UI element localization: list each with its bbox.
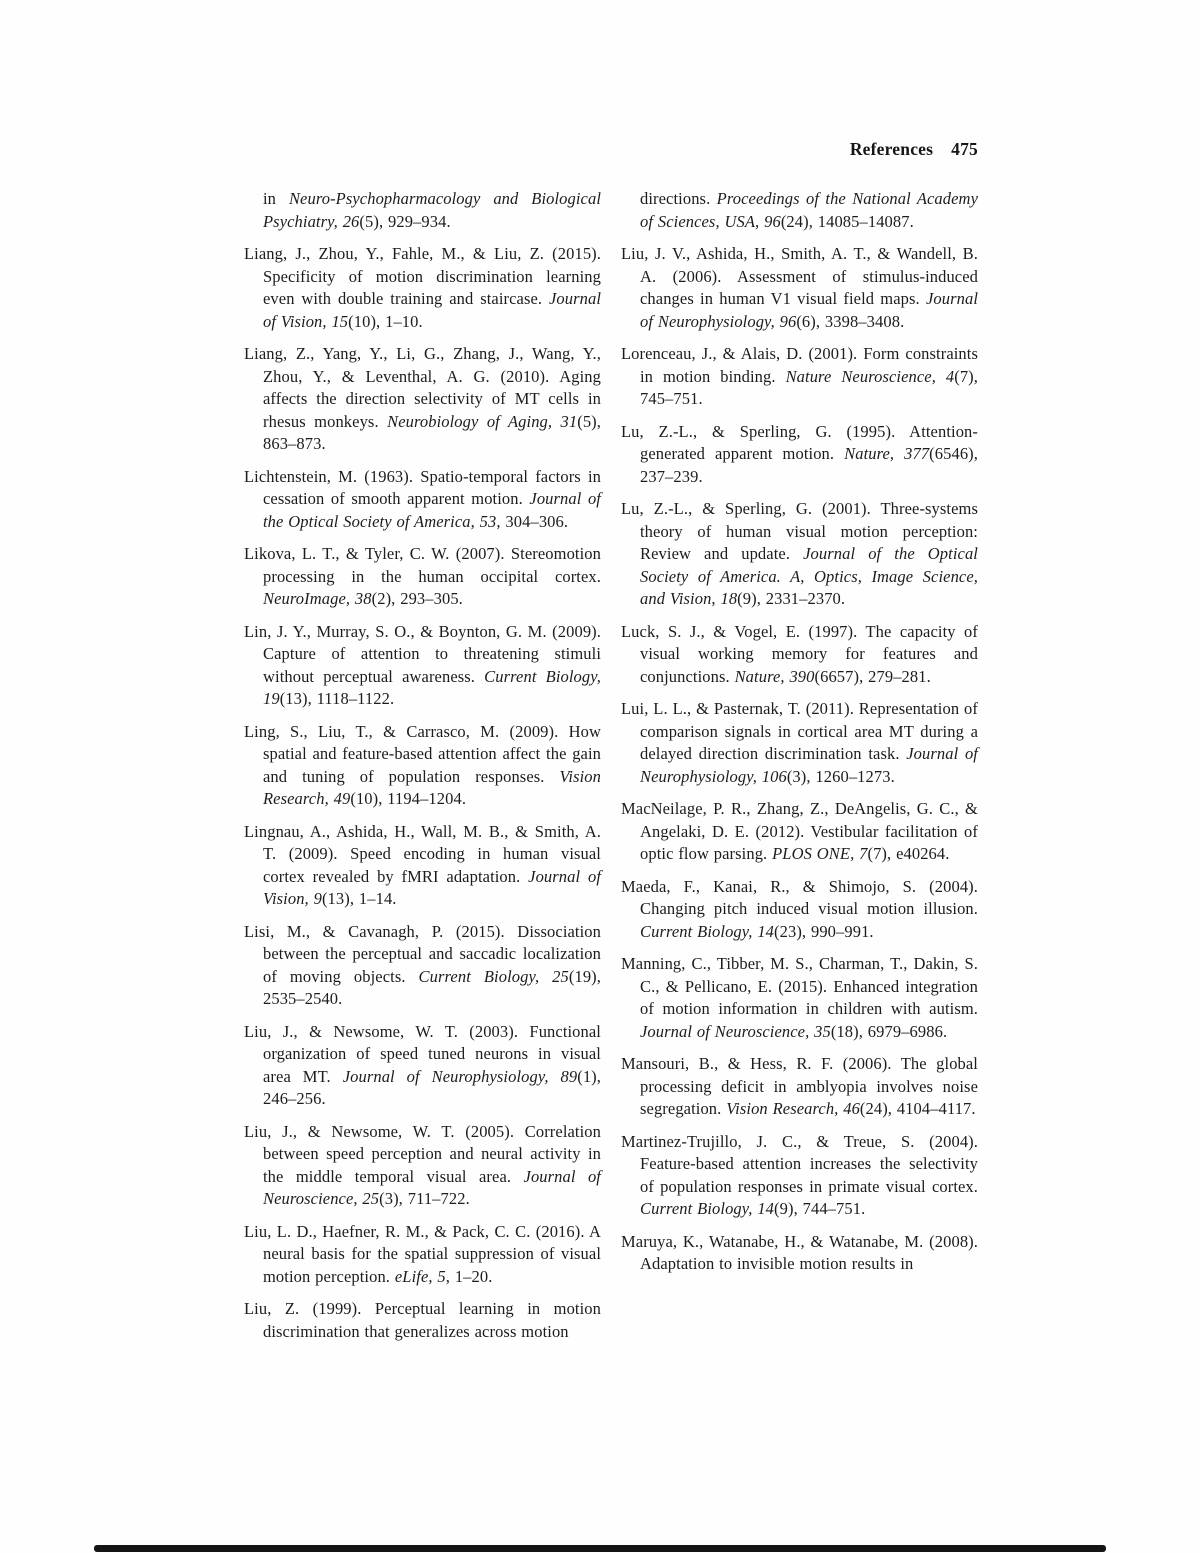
reference-text: , 304–306. bbox=[496, 512, 568, 531]
reference-entry: Lu, Z.-L., & Sperling, G. (1995). Attent… bbox=[621, 421, 978, 489]
reference-entry: Liu, J., & Newsome, W. T. (2005). Correl… bbox=[244, 1121, 601, 1211]
journal-title-italic: eLife, 5 bbox=[395, 1267, 446, 1286]
journal-title-italic: Nature Neuroscience, 4 bbox=[786, 367, 955, 386]
running-head: References 475 bbox=[244, 139, 978, 160]
reference-entry: Lu, Z.-L., & Sperling, G. (2001). Three-… bbox=[621, 498, 978, 611]
reference-text: , 1–20. bbox=[446, 1267, 493, 1286]
reference-entry: Liu, J., & Newsome, W. T. (2003). Functi… bbox=[244, 1021, 601, 1111]
column-left: in Neuro-Psychopharmacology and Biologic… bbox=[244, 188, 601, 1353]
reference-entry: Martinez-Trujillo, J. C., & Treue, S. (2… bbox=[621, 1131, 978, 1221]
reference-text: (24), 4104–4117. bbox=[860, 1099, 976, 1118]
journal-title-italic: NeuroImage, 38 bbox=[263, 589, 372, 608]
reference-text: in bbox=[263, 189, 289, 208]
column-right: directions. Proceedings of the National … bbox=[621, 188, 978, 1353]
reference-entry: Lui, L. L., & Pasternak, T. (2011). Repr… bbox=[621, 698, 978, 788]
reference-text: (6657), 279–281. bbox=[815, 667, 931, 686]
reference-entry: Liu, L. D., Haefner, R. M., & Pack, C. C… bbox=[244, 1221, 601, 1289]
reference-text: (10), 1194–1204. bbox=[350, 789, 466, 808]
reference-text: (13), 1–14. bbox=[322, 889, 397, 908]
reference-entry: Manning, C., Tibber, M. S., Charman, T.,… bbox=[621, 953, 978, 1043]
reference-entry: Maeda, F., Kanai, R., & Shimojo, S. (200… bbox=[621, 876, 978, 944]
reference-entry: Mansouri, B., & Hess, R. F. (2006). The … bbox=[621, 1053, 978, 1121]
reference-entry: Liang, J., Zhou, Y., Fahle, M., & Liu, Z… bbox=[244, 243, 601, 333]
reference-entry: Lorenceau, J., & Alais, D. (2001). Form … bbox=[621, 343, 978, 411]
journal-title-italic: Neurobiology of Aging, 31 bbox=[387, 412, 577, 431]
reference-text: Likova, L. T., & Tyler, C. W. (2007). St… bbox=[244, 544, 601, 586]
reference-text: Liang, J., Zhou, Y., Fahle, M., & Liu, Z… bbox=[244, 244, 601, 308]
reference-entry: Maruya, K., Watanabe, H., & Watanabe, M.… bbox=[621, 1231, 978, 1276]
reference-text: (18), 6979–6986. bbox=[831, 1022, 947, 1041]
reference-entry: Lingnau, A., Ashida, H., Wall, M. B., & … bbox=[244, 821, 601, 911]
journal-title-italic: Nature, 377 bbox=[844, 444, 929, 463]
reference-continuation: in Neuro-Psychopharmacology and Biologic… bbox=[244, 188, 601, 233]
reference-entry: Lin, J. Y., Murray, S. O., & Boynton, G.… bbox=[244, 621, 601, 711]
reference-text: (10), 1–10. bbox=[348, 312, 423, 331]
journal-title-italic: Current Biology, 14 bbox=[640, 1199, 774, 1218]
reference-entry: Lichtenstein, M. (1963). Spatio-temporal… bbox=[244, 466, 601, 534]
reference-text: (23), 990–991. bbox=[774, 922, 874, 941]
reference-text: (24), 14085–14087. bbox=[781, 212, 914, 231]
references-two-column-layout: in Neuro-Psychopharmacology and Biologic… bbox=[244, 188, 978, 1353]
reference-text: Liu, J. V., Ashida, H., Smith, A. T., & … bbox=[621, 244, 978, 308]
reference-text: (6), 3398–3408. bbox=[796, 312, 904, 331]
reference-entry: Likova, L. T., & Tyler, C. W. (2007). St… bbox=[244, 543, 601, 611]
reference-entry: Luck, S. J., & Vogel, E. (1997). The cap… bbox=[621, 621, 978, 689]
book-page: References 475 in Neuro-Psychopharmacolo… bbox=[0, 0, 1200, 1553]
reference-entry: Ling, S., Liu, T., & Carrasco, M. (2009)… bbox=[244, 721, 601, 811]
journal-title-italic: Current Biology, 14 bbox=[640, 922, 774, 941]
reference-entry: Liang, Z., Yang, Y., Li, G., Zhang, J., … bbox=[244, 343, 601, 456]
reference-entry: Lisi, M., & Cavanagh, P. (2015). Dissoci… bbox=[244, 921, 601, 1011]
scan-edge-line bbox=[94, 1545, 1106, 1552]
reference-text: (3), 711–722. bbox=[379, 1189, 470, 1208]
reference-text: Martinez-Trujillo, J. C., & Treue, S. (2… bbox=[621, 1132, 978, 1196]
reference-text: (5), 929–934. bbox=[359, 212, 450, 231]
reference-text: Liu, Z. (1999). Perceptual learning in m… bbox=[244, 1299, 601, 1341]
reference-text: (13), 1118–1122. bbox=[280, 689, 394, 708]
page-number: 475 bbox=[951, 139, 978, 160]
reference-text: directions. bbox=[640, 189, 717, 208]
reference-text: Maeda, F., Kanai, R., & Shimojo, S. (200… bbox=[621, 877, 978, 919]
journal-title-italic: Journal of Neuroscience, 35 bbox=[640, 1022, 831, 1041]
journal-title-italic: Current Biology, 25 bbox=[419, 967, 569, 986]
reference-entry: Liu, Z. (1999). Perceptual learning in m… bbox=[244, 1298, 601, 1343]
reference-text: (9), 2331–2370. bbox=[737, 589, 845, 608]
reference-text: (2), 293–305. bbox=[372, 589, 463, 608]
running-head-section-title: References bbox=[850, 139, 933, 160]
reference-entry: MacNeilage, P. R., Zhang, Z., DeAngelis,… bbox=[621, 798, 978, 866]
reference-entry: Liu, J. V., Ashida, H., Smith, A. T., & … bbox=[621, 243, 978, 333]
journal-title-italic: Journal of Neurophysiology, 89 bbox=[343, 1067, 578, 1086]
journal-title-italic: Nature, 390 bbox=[735, 667, 815, 686]
journal-title-italic: Vision Research, 46 bbox=[726, 1099, 860, 1118]
reference-text: (9), 744–751. bbox=[774, 1199, 865, 1218]
reference-text: Ling, S., Liu, T., & Carrasco, M. (2009)… bbox=[244, 722, 601, 786]
journal-title-italic: PLOS ONE, 7 bbox=[772, 844, 867, 863]
reference-text: Manning, C., Tibber, M. S., Charman, T.,… bbox=[621, 954, 978, 1018]
reference-continuation: directions. Proceedings of the National … bbox=[621, 188, 978, 233]
reference-text: Maruya, K., Watanabe, H., & Watanabe, M.… bbox=[621, 1232, 978, 1274]
reference-text: (7), e40264. bbox=[867, 844, 949, 863]
reference-text: (3), 1260–1273. bbox=[787, 767, 895, 786]
